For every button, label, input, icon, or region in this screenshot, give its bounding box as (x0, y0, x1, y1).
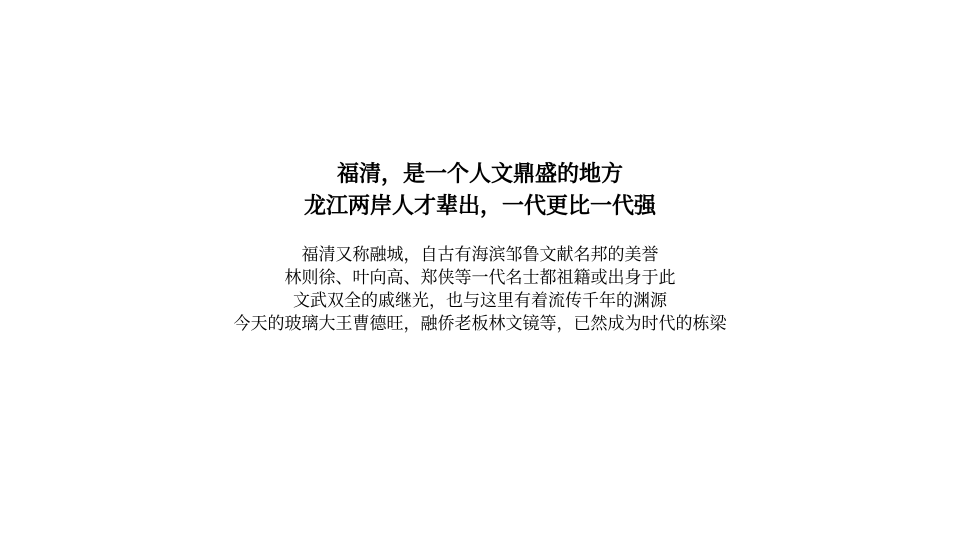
body-line-4: 今天的玻璃大王曹德旺，融侨老板林文镜等，已然成为时代的栋梁 (0, 313, 960, 336)
body-line-3: 文武双全的戚继光，也与这里有着流传千年的渊源 (0, 290, 960, 313)
title-line-2: 龙江两岸人才辈出，一代更比一代强 (0, 190, 960, 222)
body-line-2: 林则徐、叶向高、郑侠等一代名士都祖籍或出身于此 (0, 267, 960, 290)
body-line-1: 福清又称融城，自古有海滨邹鲁文献名邦的美誉 (0, 244, 960, 267)
slide-title: 福清，是一个人文鼎盛的地方 龙江两岸人才辈出，一代更比一代强 (0, 158, 960, 222)
slide-body-text: 福清又称融城，自古有海滨邹鲁文献名邦的美誉 林则徐、叶向高、郑侠等一代名士都祖籍… (0, 244, 960, 336)
slide: 福清，是一个人文鼎盛的地方 龙江两岸人才辈出，一代更比一代强 福清又称融城，自古… (0, 0, 960, 540)
title-line-1: 福清，是一个人文鼎盛的地方 (0, 158, 960, 190)
